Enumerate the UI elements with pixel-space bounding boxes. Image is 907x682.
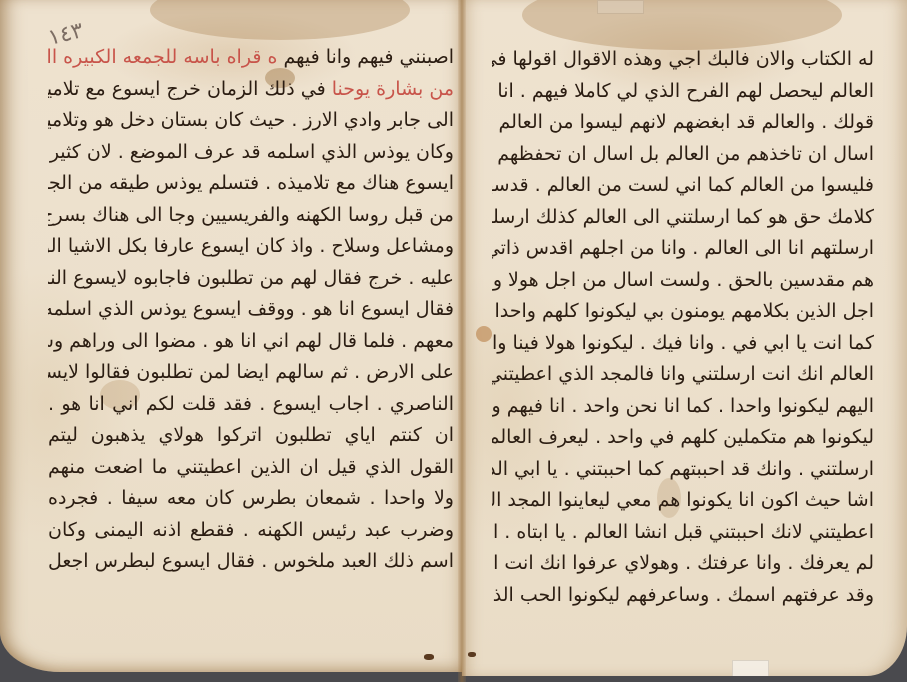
text-line: الناصري . اجاب ايسوع . فقد قلت لكم اني ا… [48,389,454,421]
text-line: اصبنني فيهم وانا فيهم ه قراه باسه للجمعه… [48,42,454,74]
ink-mark [424,654,434,660]
water-stain [522,0,842,50]
open-manuscript: ١٤٣ اصبنني فيهم وانا فيهم ه قراه باسه لل… [0,0,907,682]
text-line: وضرب عبد رئيس الكهنه . فقطع اذنه اليمنى … [48,515,454,547]
right-page: له الكتاب والان فالبك اجي وهذه الاقوال ا… [462,0,907,676]
text-line: وقد عرفتهم اسمك . وساعرفهم ليكونوا الحب … [492,580,874,612]
water-stain [150,0,410,40]
text-line: ولا واحدا . شمعان بطرس كان معه سيفا . فج… [48,483,454,515]
text-line: فليسوا من العالم كما اني لست من العالم .… [492,170,874,202]
text-line: اشا حيث اكون انا يكونوا هم معي ليعاينوا … [492,485,874,517]
rubric-heading: ه قراه باسه للجمعه الكبيره االلل [48,46,277,68]
paper-tab [732,660,769,676]
left-page: ١٤٣ اصبنني فيهم وانا فيهم ه قراه باسه لل… [0,0,462,672]
right-page-text: له الكتاب والان فالبك اجي وهذه الاقوال ا… [492,44,874,611]
text-line: وكان يوذس الذي اسلمه قد عرف الموضع . لان… [48,137,454,169]
text-line: هم مقدسين بالحق . ولست اسال من اجل هولا … [492,265,874,297]
text-line: القول الذي قيل ان الذين اعطيتني ما اضعت … [48,452,454,484]
text-line: عليه . خرج فقال لهم من تطلبون فاجابوه لا… [48,263,454,295]
left-page-text: اصبنني فيهم وانا فيهم ه قراه باسه للجمعه… [48,42,454,578]
rubric-heading: من بشارة يوحنا [332,78,454,100]
text-line: من قبل روسا الكهنه والفريسيين وجا الى هن… [48,200,454,232]
text-line: العالم ليحصل لهم الفرح الذي لي كاملا فيه… [492,76,874,108]
text-line: اجل الذين بكلامهم يومنون بي ليكونوا كلهم… [492,296,874,328]
ink-mark [468,652,476,657]
text-line: اسال ان تاخذهم من العالم بل اسال ان تحفظ… [492,139,874,171]
text-line: ليكونوا هم متكملين كلهم في واحد . ليعرف … [492,422,874,454]
text-line: على الارض . ثم سالهم ايضا لمن تطلبون فقا… [48,357,454,389]
text-line: اسم ذلك العبد ملخوس . فقال ايسوع لبطرس ا… [48,546,454,578]
text-line: فقال ايسوع انا هو . ووقف ايسوع يوذس الذي… [48,294,454,326]
text-line: ايسوع هناك مع تلاميذه . فتسلم يوذس طيقه … [48,168,454,200]
text-line: ارسلتهم انا الى العالم . وانا من اجلهم ا… [492,233,874,265]
text-line: قولك . والعالم قد ابغضهم لانهم ليسوا من … [492,107,874,139]
text-line: كما انت يا ابي في . وانا فيك . ليكونوا ه… [492,328,874,360]
text-line: الى جابر وادي الارز . حيث كان بستان دخل … [48,105,454,137]
text-line: كلامك حق هو كما ارسلتني الى العالم كذلك … [492,202,874,234]
text-line: اعطيتني لانك احببتني قبل انشا العالم . ي… [492,517,874,549]
water-stain [476,326,492,342]
text-line: لم يعرفك . وانا عرفتك . وهولاي عرفوا انك… [492,548,874,580]
text-line: اليهم ليكونوا واحدا . كما انا نحن واحد .… [492,391,874,423]
book-gutter [458,0,466,682]
text-line: العالم انك انت ارسلتني وانا فالمجد الذي … [492,359,874,391]
text-line: ارسلتني . وانك قد احببتهم كما احببتني . … [492,454,874,486]
text-line: ان كنتم اياي تطلبون اتركوا هولاي يذهبون … [48,420,454,452]
text-line: ومشاعل وسلاح . واذ كان ايسوع عارفا بكل ا… [48,231,454,263]
text-line: من بشارة يوحنا في ذلك الزمان خرج ايسوع م… [48,74,454,106]
text-line: له الكتاب والان فالبك اجي وهذه الاقوال ا… [492,44,874,76]
text-line: معهم . فلما قال لهم اني انا هو . مضوا ال… [48,326,454,358]
